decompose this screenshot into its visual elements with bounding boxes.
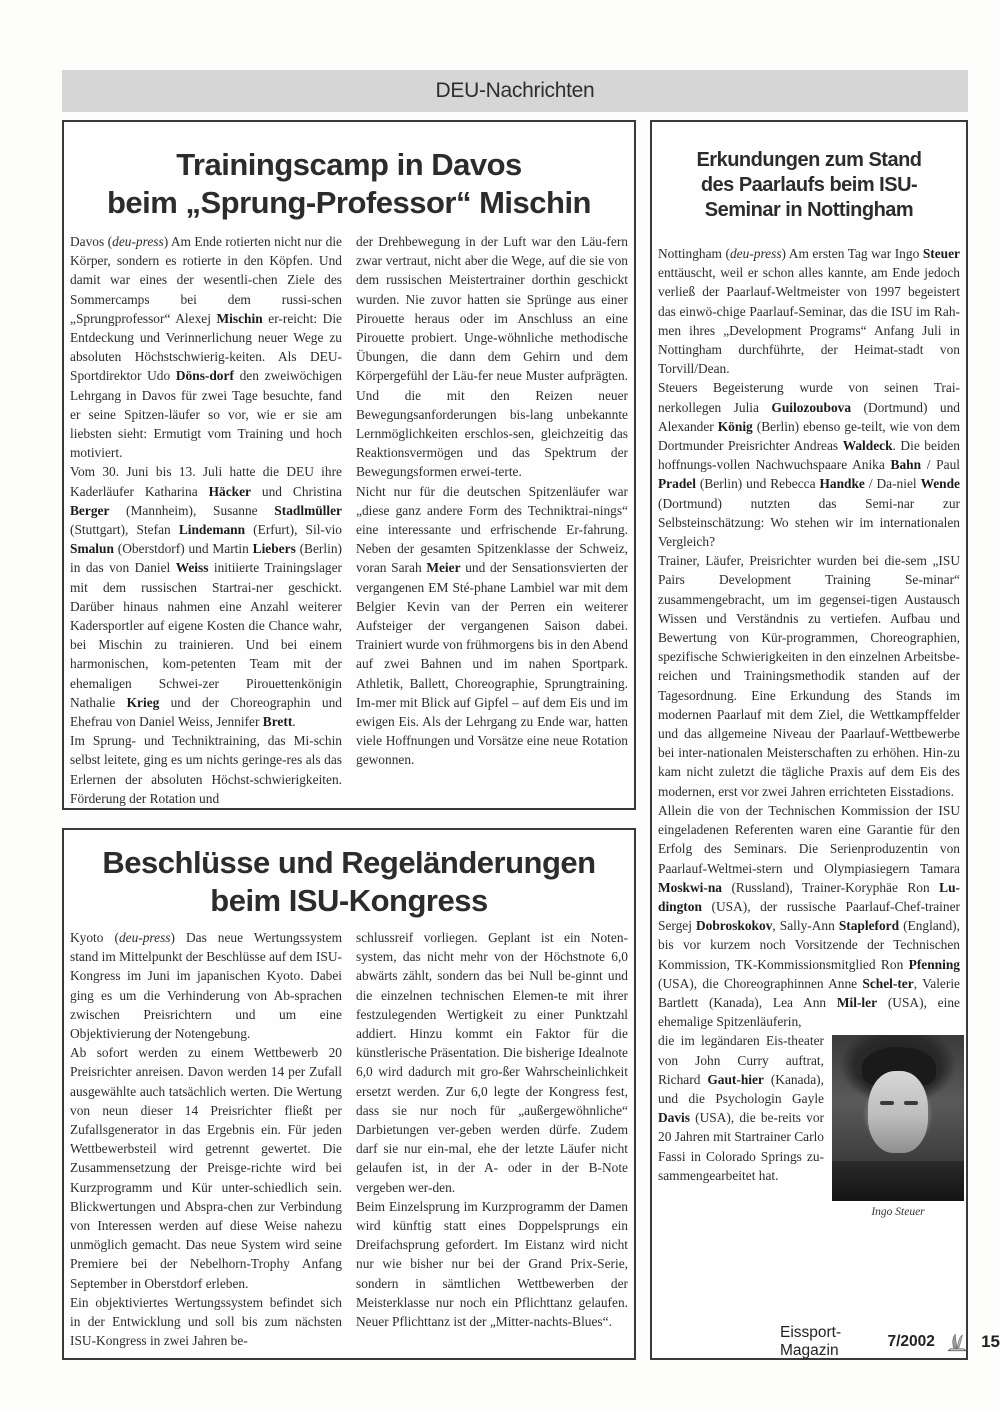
headline-line: Beschlüsse und Regeländerungen — [64, 844, 634, 882]
section-title: DEU-Nachrichten — [436, 79, 595, 103]
article-isu-kongress: Beschlüsse und Regeländerungen beim ISU-… — [62, 828, 636, 1360]
article-column-1: Kyoto (deu-press) Das neue Wertungssyste… — [70, 928, 342, 1350]
article-column-1: Davos (deu-press) Am Ende rotierten nich… — [70, 232, 342, 808]
article-column-2: der Drehbewegung in der Luft war den Läu… — [356, 232, 628, 808]
article-column-2: schlussreif vorliegen. Geplant ist ein N… — [356, 928, 628, 1350]
article-headline: Beschlüsse und Regeländerungen beim ISU-… — [64, 844, 634, 920]
article-headline: Trainingscamp in Davos beim „Sprung-Prof… — [64, 146, 634, 222]
photo-caption: Ingo Steuer — [832, 1203, 964, 1222]
headline-line: beim ISU-Kongress — [64, 882, 634, 920]
article-columns: Kyoto (deu-press) Das neue Wertungssyste… — [70, 928, 628, 1350]
headline-line: Seminar in Nottingham — [658, 198, 960, 223]
headline-line: des Paarlaufs beim ISU- — [658, 173, 960, 198]
article-trainingscamp: Trainingscamp in Davos beim „Sprung-Prof… — [62, 120, 636, 810]
headline-line: Erkundungen zum Stand — [658, 148, 960, 173]
photo-figure: Ingo Steuer — [832, 1035, 964, 1222]
issue-number: 7/2002 — [887, 1333, 934, 1351]
page-footer: Eissport-Magazin 7/2002 15 — [780, 1330, 1000, 1354]
portrait-photo-icon — [832, 1035, 964, 1201]
sidebar-headline: Erkundungen zum Stand des Paarlaufs beim… — [652, 148, 966, 223]
skate-logo-icon — [945, 1330, 969, 1354]
article-columns: Davos (deu-press) Am Ende rotierten nich… — [70, 232, 628, 808]
sidebar-paragraphs: Nottingham (deu-press) Am ersten Tag war… — [658, 244, 960, 1031]
sidebar-body: Nottingham (deu-press) Am ersten Tag war… — [658, 244, 960, 1223]
section-header-bar: DEU-Nachrichten — [62, 70, 968, 112]
headline-line: Trainingscamp in Davos — [64, 146, 634, 184]
headline-line: beim „Sprung-Professor“ Mischin — [64, 184, 634, 222]
magazine-name: Eissport-Magazin — [780, 1324, 883, 1360]
page-number: 15 — [981, 1332, 1000, 1352]
sidebar-article-nottingham: Erkundungen zum Stand des Paarlaufs beim… — [650, 120, 968, 1360]
